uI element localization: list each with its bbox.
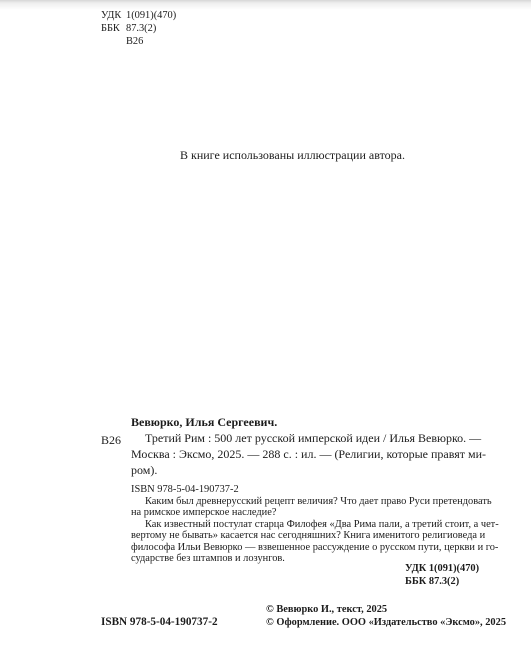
catalog-description: Третий Рим : 500 лет русской имперской и… (131, 430, 519, 478)
illustrations-note: В книге использованы иллюстрации автора. (180, 148, 405, 163)
udk-value: 1(091)(470) (126, 9, 176, 22)
annotation-line: вертому не бывать» касается нас сегодняш… (131, 530, 519, 541)
bbk-label: ББК (101, 22, 126, 35)
annotation-line: Каким был древнерусский рецепт величия? … (131, 496, 519, 507)
catalog-bbk: ББК 87.3(2) (405, 575, 479, 588)
udk-row: УДК 1(091)(470) (101, 9, 176, 22)
catalog-annotation: Каким был древнерусский рецепт величия? … (131, 496, 519, 564)
copyright-text: © Вевюрко И., текст, 2025 (266, 603, 506, 616)
author-mark-row: В26 (101, 35, 176, 48)
annotation-line: философа Ильи Вевюрко — взвешенное рассу… (131, 542, 519, 553)
description-line: Третий Рим : 500 лет русской имперской и… (131, 430, 519, 446)
page-top-edge (0, 0, 531, 10)
bbk-row: ББК 87.3(2) (101, 22, 176, 35)
catalog-author-mark: В26 (101, 433, 121, 448)
annotation-line: на римское имперское наследие? (131, 507, 519, 518)
bbk-value: 87.3(2) (126, 22, 156, 35)
udk-label: УДК (101, 9, 126, 22)
catalog-udk: УДК 1(091)(470) (405, 562, 479, 575)
classification-block: УДК 1(091)(470) ББК 87.3(2) В26 (101, 9, 176, 48)
copyright-design: © Оформление. ООО «Издательство «Эксмо»,… (266, 616, 506, 629)
catalog-isbn: ISBN 978-5-04-190737-2 (131, 483, 239, 496)
author-mark: В26 (126, 35, 143, 48)
catalog-index-codes: УДК 1(091)(470) ББК 87.3(2) (405, 562, 479, 588)
annotation-line: Как известный постулат старца Филофея «Д… (131, 519, 519, 530)
catalog-author: Вевюрко, Илья Сергеевич. (131, 415, 277, 430)
footer-isbn: ISBN 978-5-04-190737-2 (101, 615, 218, 629)
description-line: ром). (131, 462, 519, 478)
copyright-block: © Вевюрко И., текст, 2025 © Оформление. … (266, 603, 506, 629)
description-line: Москва : Эксмо, 2025. — 288 с. : ил. — (… (131, 446, 519, 462)
